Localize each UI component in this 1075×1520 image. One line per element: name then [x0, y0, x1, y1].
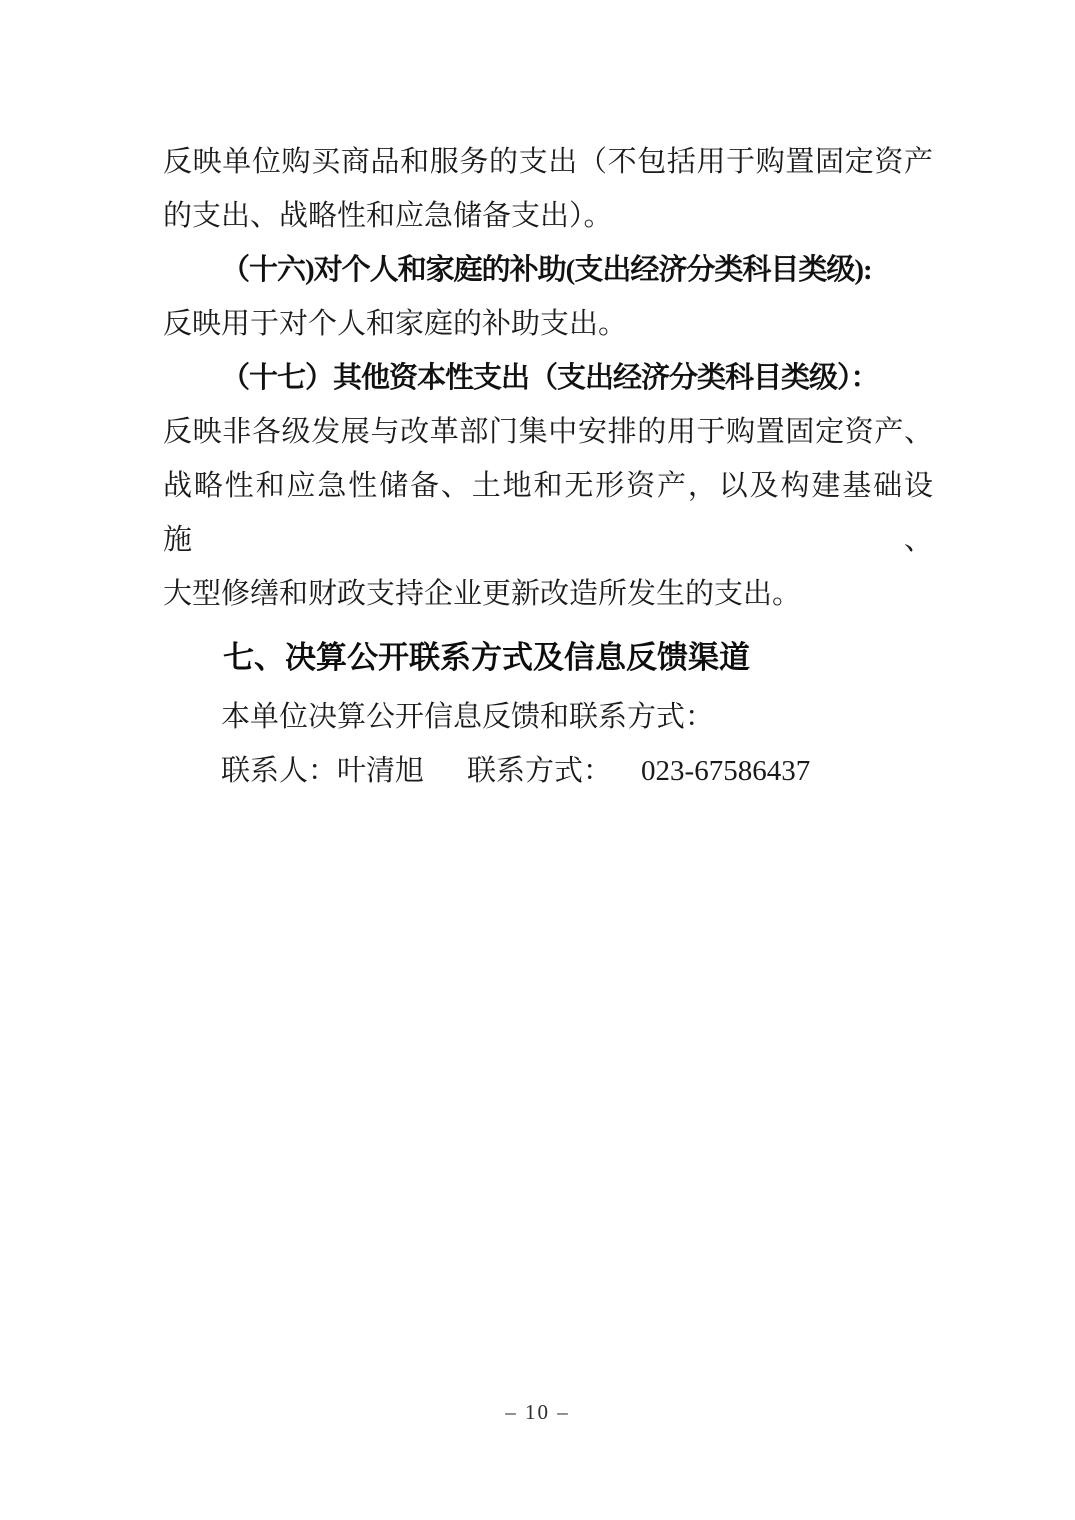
contact-person-label: 联系人： — [221, 744, 337, 798]
section-heading-feedback-channel: 七、决算公开联系方式及信息反馈渠道 — [163, 631, 933, 685]
page-number: – 10 – — [0, 1400, 1075, 1425]
subheading-item-16: （十六)对个人和家庭的补助(支出经济分类科目类级): — [163, 243, 933, 297]
document-content: 反映单位购买商品和服务的支出（不包括用于购置固定资产 的支出、战略性和应急储备支… — [163, 135, 933, 798]
paragraph-item-17-line-2: 战略性和应急性储备、土地和无形资产，以及构建基础设施、 — [163, 459, 933, 567]
subheading-item-17: （十七）其他资本性支出（支出经济分类科目类级）： — [163, 351, 933, 405]
contact-intro-line: 本单位决算公开信息反馈和联系方式： — [163, 690, 933, 744]
contact-info-line: 联系人：叶清旭联系方式：023-67586437 — [163, 744, 933, 798]
paragraph-goods-services-line-1: 反映单位购买商品和服务的支出（不包括用于购置固定资产 — [163, 135, 933, 189]
contact-phone-number: 023-67586437 — [641, 744, 810, 798]
paragraph-item-17-line-1: 反映非各级发展与改革部门集中安排的用于购置固定资产、 — [163, 405, 933, 459]
paragraph-item-17-line-3: 大型修缮和财政支持企业更新改造所发生的支出。 — [163, 567, 933, 621]
document-page: 反映单位购买商品和服务的支出（不包括用于购置固定资产 的支出、战略性和应急储备支… — [0, 0, 1075, 1520]
paragraph-item-16-body: 反映用于对个人和家庭的补助支出。 — [163, 297, 933, 351]
contact-method-label: 联系方式： — [467, 744, 612, 798]
contact-person-name: 叶清旭 — [337, 744, 424, 798]
paragraph-goods-services-line-2: 的支出、战略性和应急储备支出）。 — [163, 189, 933, 243]
